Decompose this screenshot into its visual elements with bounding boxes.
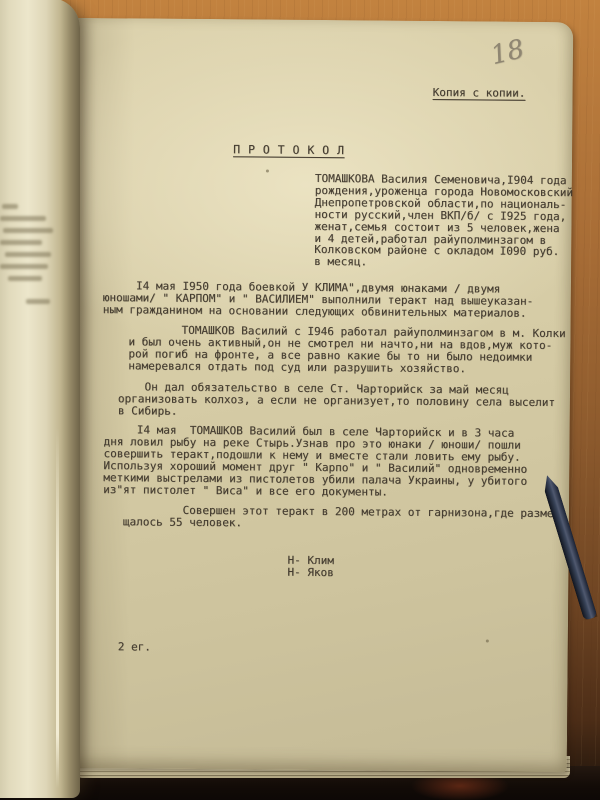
- preamble-block: ТОМАШКОВА Василия Семеновича,I904 года р…: [314, 173, 573, 271]
- footer-note: 2 ег.: [118, 641, 151, 653]
- paragraph-5: Совершен этот теракт в 200 метрах от гар…: [123, 504, 560, 532]
- paper-speck: [266, 170, 269, 173]
- turned-pages-left: [0, 0, 80, 798]
- signatures: Н- Клим Н- Яков: [287, 555, 334, 579]
- paragraph-3: Он дал обязательство в селе Ст. Чарторий…: [118, 381, 555, 421]
- handwritten-page-number: 18: [488, 36, 526, 69]
- photo-of-document-on-desk: 18 Копия с копии. П Р О Т О К О Л ТОМАШК…: [0, 0, 600, 800]
- copy-note: Копия с копии.: [433, 87, 526, 100]
- bleedthrough-text: [0, 204, 60, 311]
- document-title: П Р О Т О К О Л: [233, 144, 344, 157]
- paragraph-2: ТОМАШКОВ Василий с I946 работал райуполм…: [128, 324, 565, 375]
- document-page: 18 Копия с копии. П Р О Т О К О Л ТОМАШК…: [65, 18, 574, 772]
- page-edge-highlight: [56, 428, 59, 788]
- paragraph-1: I4 мая I950 года боевкой У КЛИМА",двумя …: [103, 280, 534, 319]
- paragraph-4: I4 мая ТОМАШКОВ Василий был в селе Чарто…: [103, 424, 527, 499]
- paper-speck: [486, 639, 489, 642]
